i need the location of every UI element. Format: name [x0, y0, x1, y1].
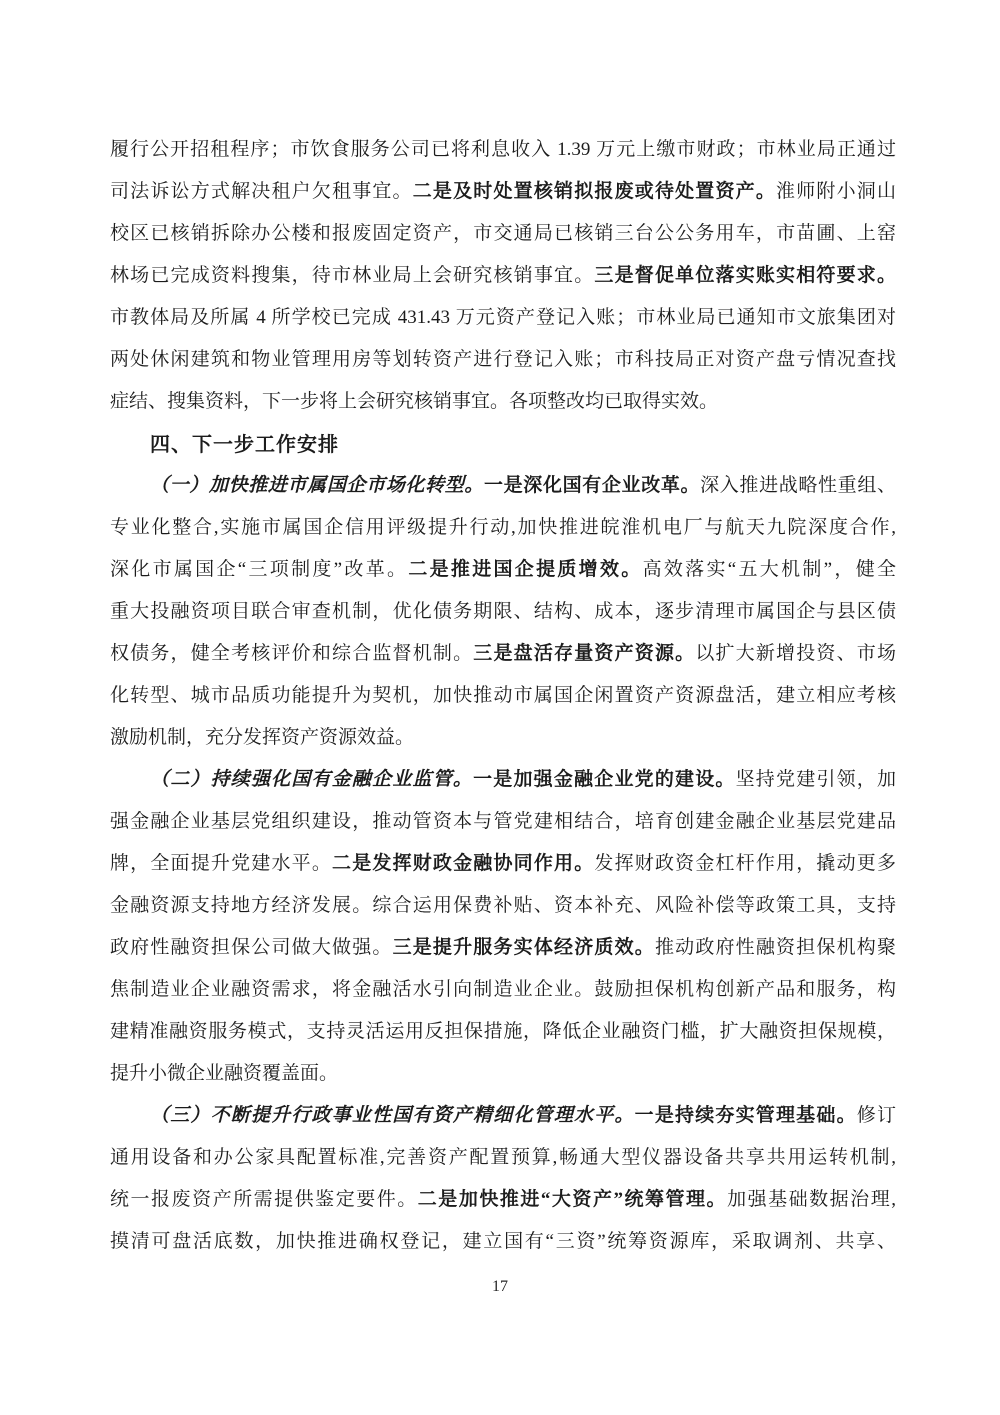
text-segment-normal: 以扩大新增投资、市场	[695, 643, 896, 664]
text-segment-normal: 症结、搜集资料，下一步将上会研究核销事宜。各项整改均已取得实效。	[110, 391, 718, 412]
text-line: 化转型、城市品质功能提升为契机，加快推动市属国企闲置资产资源盘活，建立相应考核	[110, 675, 896, 717]
text-segment-normal: 提升小微企业融资覆盖面。	[110, 1063, 338, 1084]
text-segment-normal: 修订	[857, 1105, 896, 1126]
text-segment-normal: 建精准融资服务模式，支持灵活运用反担保措施，降低企业融资门槛，扩大融资担保规模，	[110, 1021, 896, 1042]
text-segment-normal: 强金融企业基层党组织建设，推动管资本与管党建相结合，培育创建金融企业基层党建品	[110, 811, 896, 832]
text-segment-normal: 激励机制，充分发挥资产资源效益。	[110, 727, 414, 748]
text-segment-normal: 牌，全面提升党建水平。	[110, 853, 332, 874]
text-segment-bold: 一是持续夯实管理基础。	[635, 1105, 857, 1126]
text-segment-normal: 化转型、城市品质功能提升为契机，加快推动市属国企闲置资产资源盘活，建立相应考核	[110, 685, 896, 706]
text-segment-normal: 焦制造业企业融资需求，将金融活水引向制造业企业。鼓励担保机构创新产品和服务，构	[110, 979, 896, 1000]
text-segment-bold: 三是提升服务实体经济质效。	[393, 937, 655, 958]
text-line: 市教体局及所属 4 所学校已完成 431.43 万元资产登记入账；市林业局已通知…	[110, 297, 896, 339]
text-segment-normal: 专业化整合,实施市属国企信用评级提升行动,加快推进皖淮机电厂与航天九院深度合作,	[110, 517, 896, 538]
text-line: 政府性融资担保公司做大做强。三是提升服务实体经济质效。推动政府性融资担保机构聚	[110, 927, 896, 969]
text-line: 校区已核销拆除办公楼和报废固定资产，市交通局已核销三台公公务用车，市苗圃、上窑	[110, 213, 896, 255]
text-line: 金融资源支持地方经济发展。综合运用保费补贴、资本补充、风险补偿等政策工具，支持	[110, 885, 896, 927]
text-segment-normal: 发挥财政资金杠杆作用，撬动更多	[594, 853, 896, 874]
text-segment-normal: 坚持党建引领，加	[736, 769, 896, 790]
section-heading: 四、下一步工作安排	[110, 423, 896, 465]
text-line: 摸清可盘活底数，加快推进确权登记，建立国有“三资”统筹资源库，采取调剂、共享、	[110, 1221, 896, 1263]
text-segment-bold: 二是及时处置核销拟报废或待处置资产。	[413, 181, 776, 202]
text-segment-kai: （二）持续强化国有金融企业监管。	[150, 769, 473, 790]
text-segment-kai: （三）不断提升行政事业性国有资产精细化管理水平。	[150, 1105, 635, 1126]
text-segment-normal: 校区已核销拆除办公楼和报废固定资产，市交通局已核销三台公公务用车，市苗圃、上窑	[110, 223, 896, 244]
text-segment-bold: 三是督促单位落实账实相符要求。	[594, 265, 896, 286]
text-segment-bold: 三是盘活存量资产资源。	[473, 643, 695, 664]
text-line: 履行公开招租程序；市饮食服务公司已将利息收入 1.39 万元上缴市财政；市林业局…	[110, 129, 896, 171]
text-segment-normal: 推动政府性融资担保机构聚	[655, 937, 896, 958]
text-segment-normal: 高效落实“五大机制”，健全	[643, 559, 896, 580]
text-segment-normal: 两处休闲建筑和物业管理用房等划转资产进行登记入账；市科技局正对资产盘亏情况查找	[110, 349, 896, 370]
text-line: 统一报废资产所需提供鉴定要件。二是加快推进“大资产”统筹管理。加强基础数据治理,	[110, 1179, 896, 1221]
text-segment-normal: 摸清可盘活底数，加快推进确权登记，建立国有“三资”统筹资源库，采取调剂、共享、	[110, 1231, 896, 1252]
text-line: 林场已完成资料搜集，待市林业局上会研究核销事宜。三是督促单位落实账实相符要求。	[110, 255, 896, 297]
text-line: （三）不断提升行政事业性国有资产精细化管理水平。一是持续夯实管理基础。修订	[110, 1095, 896, 1137]
text-segment-normal: 政府性融资担保公司做大做强。	[110, 937, 393, 958]
text-segment-bold: 一是加强金融企业党的建设。	[473, 769, 736, 790]
text-line: 提升小微企业融资覆盖面。	[110, 1053, 896, 1095]
text-segment-normal: 权债务，健全考核评价和综合监督机制。	[110, 643, 473, 664]
text-segment-bold: 一是深化国有企业改革。	[484, 475, 700, 496]
text-segment-normal: 司法诉讼方式解决租户欠租事宜。	[110, 181, 413, 202]
text-line: 激励机制，充分发挥资产资源效益。	[110, 717, 896, 759]
text-segment-heading: 四、下一步工作安排	[150, 432, 339, 456]
text-segment-normal: 金融资源支持地方经济发展。综合运用保费补贴、资本补充、风险补偿等政策工具，支持	[110, 895, 896, 916]
text-line: 重大投融资项目联合审查机制，优化债务期限、结构、成本，逐步清理市属国企与县区债	[110, 591, 896, 633]
text-line: 强金融企业基层党组织建设，推动管资本与管党建相结合，培育创建金融企业基层党建品	[110, 801, 896, 843]
text-line: 深化市属国企“三项制度”改革。二是推进国企提质增效。高效落实“五大机制”，健全	[110, 549, 896, 591]
page-number: 17	[0, 1278, 1000, 1296]
text-segment-normal: 重大投融资项目联合审查机制，优化债务期限、结构、成本，逐步清理市属国企与县区债	[110, 601, 896, 622]
text-segment-normal: 加强基础数据治理,	[727, 1189, 896, 1210]
text-segment-kai: （一）加快推进市属国企市场化转型。	[150, 475, 484, 496]
text-line: 焦制造业企业融资需求，将金融活水引向制造业企业。鼓励担保机构创新产品和服务，构	[110, 969, 896, 1011]
text-line: 两处休闲建筑和物业管理用房等划转资产进行登记入账；市科技局正对资产盘亏情况查找	[110, 339, 896, 381]
text-line: 建精准融资服务模式，支持灵活运用反担保措施，降低企业融资门槛，扩大融资担保规模，	[110, 1011, 896, 1053]
text-segment-normal: 深化市属国企“三项制度”改革。	[110, 559, 408, 580]
text-line: 专业化整合,实施市属国企信用评级提升行动,加快推进皖淮机电厂与航天九院深度合作,	[110, 507, 896, 549]
text-line: 牌，全面提升党建水平。二是发挥财政金融协同作用。发挥财政资金杠杆作用，撬动更多	[110, 843, 896, 885]
text-line: 症结、搜集资料，下一步将上会研究核销事宜。各项整改均已取得实效。	[110, 381, 896, 423]
text-line: 权债务，健全考核评价和综合监督机制。三是盘活存量资产资源。以扩大新增投资、市场	[110, 633, 896, 675]
text-segment-normal: 通用设备和办公家具配置标准,完善资产配置预算,畅通大型仪器设备共享共用运转机制,	[110, 1147, 896, 1168]
text-segment-normal: 淮师附小洞山	[776, 181, 896, 202]
text-line: （一）加快推进市属国企市场化转型。一是深化国有企业改革。深入推进战略性重组、	[110, 465, 896, 507]
text-segment-normal: 林场已完成资料搜集，待市林业局上会研究核销事宜。	[110, 265, 594, 286]
text-segment-normal: 履行公开招租程序；市饮食服务公司已将利息收入 1.39 万元上缴市财政；市林业局…	[110, 139, 896, 160]
text-line: 通用设备和办公家具配置标准,完善资产配置预算,畅通大型仪器设备共享共用运转机制,	[110, 1137, 896, 1179]
text-line: 司法诉讼方式解决租户欠租事宜。二是及时处置核销拟报废或待处置资产。淮师附小洞山	[110, 171, 896, 213]
text-segment-bold: 二是推进国企提质增效。	[408, 559, 642, 580]
text-segment-bold: 二是加快推进“大资产”统筹管理。	[418, 1189, 727, 1210]
text-segment-normal: 市教体局及所属 4 所学校已完成 431.43 万元资产登记入账；市林业局已通知…	[110, 307, 896, 328]
text-segment-bold: 二是发挥财政金融协同作用。	[332, 853, 594, 874]
document-page: 履行公开招租程序；市饮食服务公司已将利息收入 1.39 万元上缴市财政；市林业局…	[0, 0, 1000, 1415]
text-segment-normal: 深入推进战略性重组、	[700, 475, 896, 496]
text-segment-normal: 统一报废资产所需提供鉴定要件。	[110, 1189, 418, 1210]
document-body: 履行公开招租程序；市饮食服务公司已将利息收入 1.39 万元上缴市财政；市林业局…	[110, 129, 896, 1263]
text-line: （二）持续强化国有金融企业监管。一是加强金融企业党的建设。坚持党建引领，加	[110, 759, 896, 801]
